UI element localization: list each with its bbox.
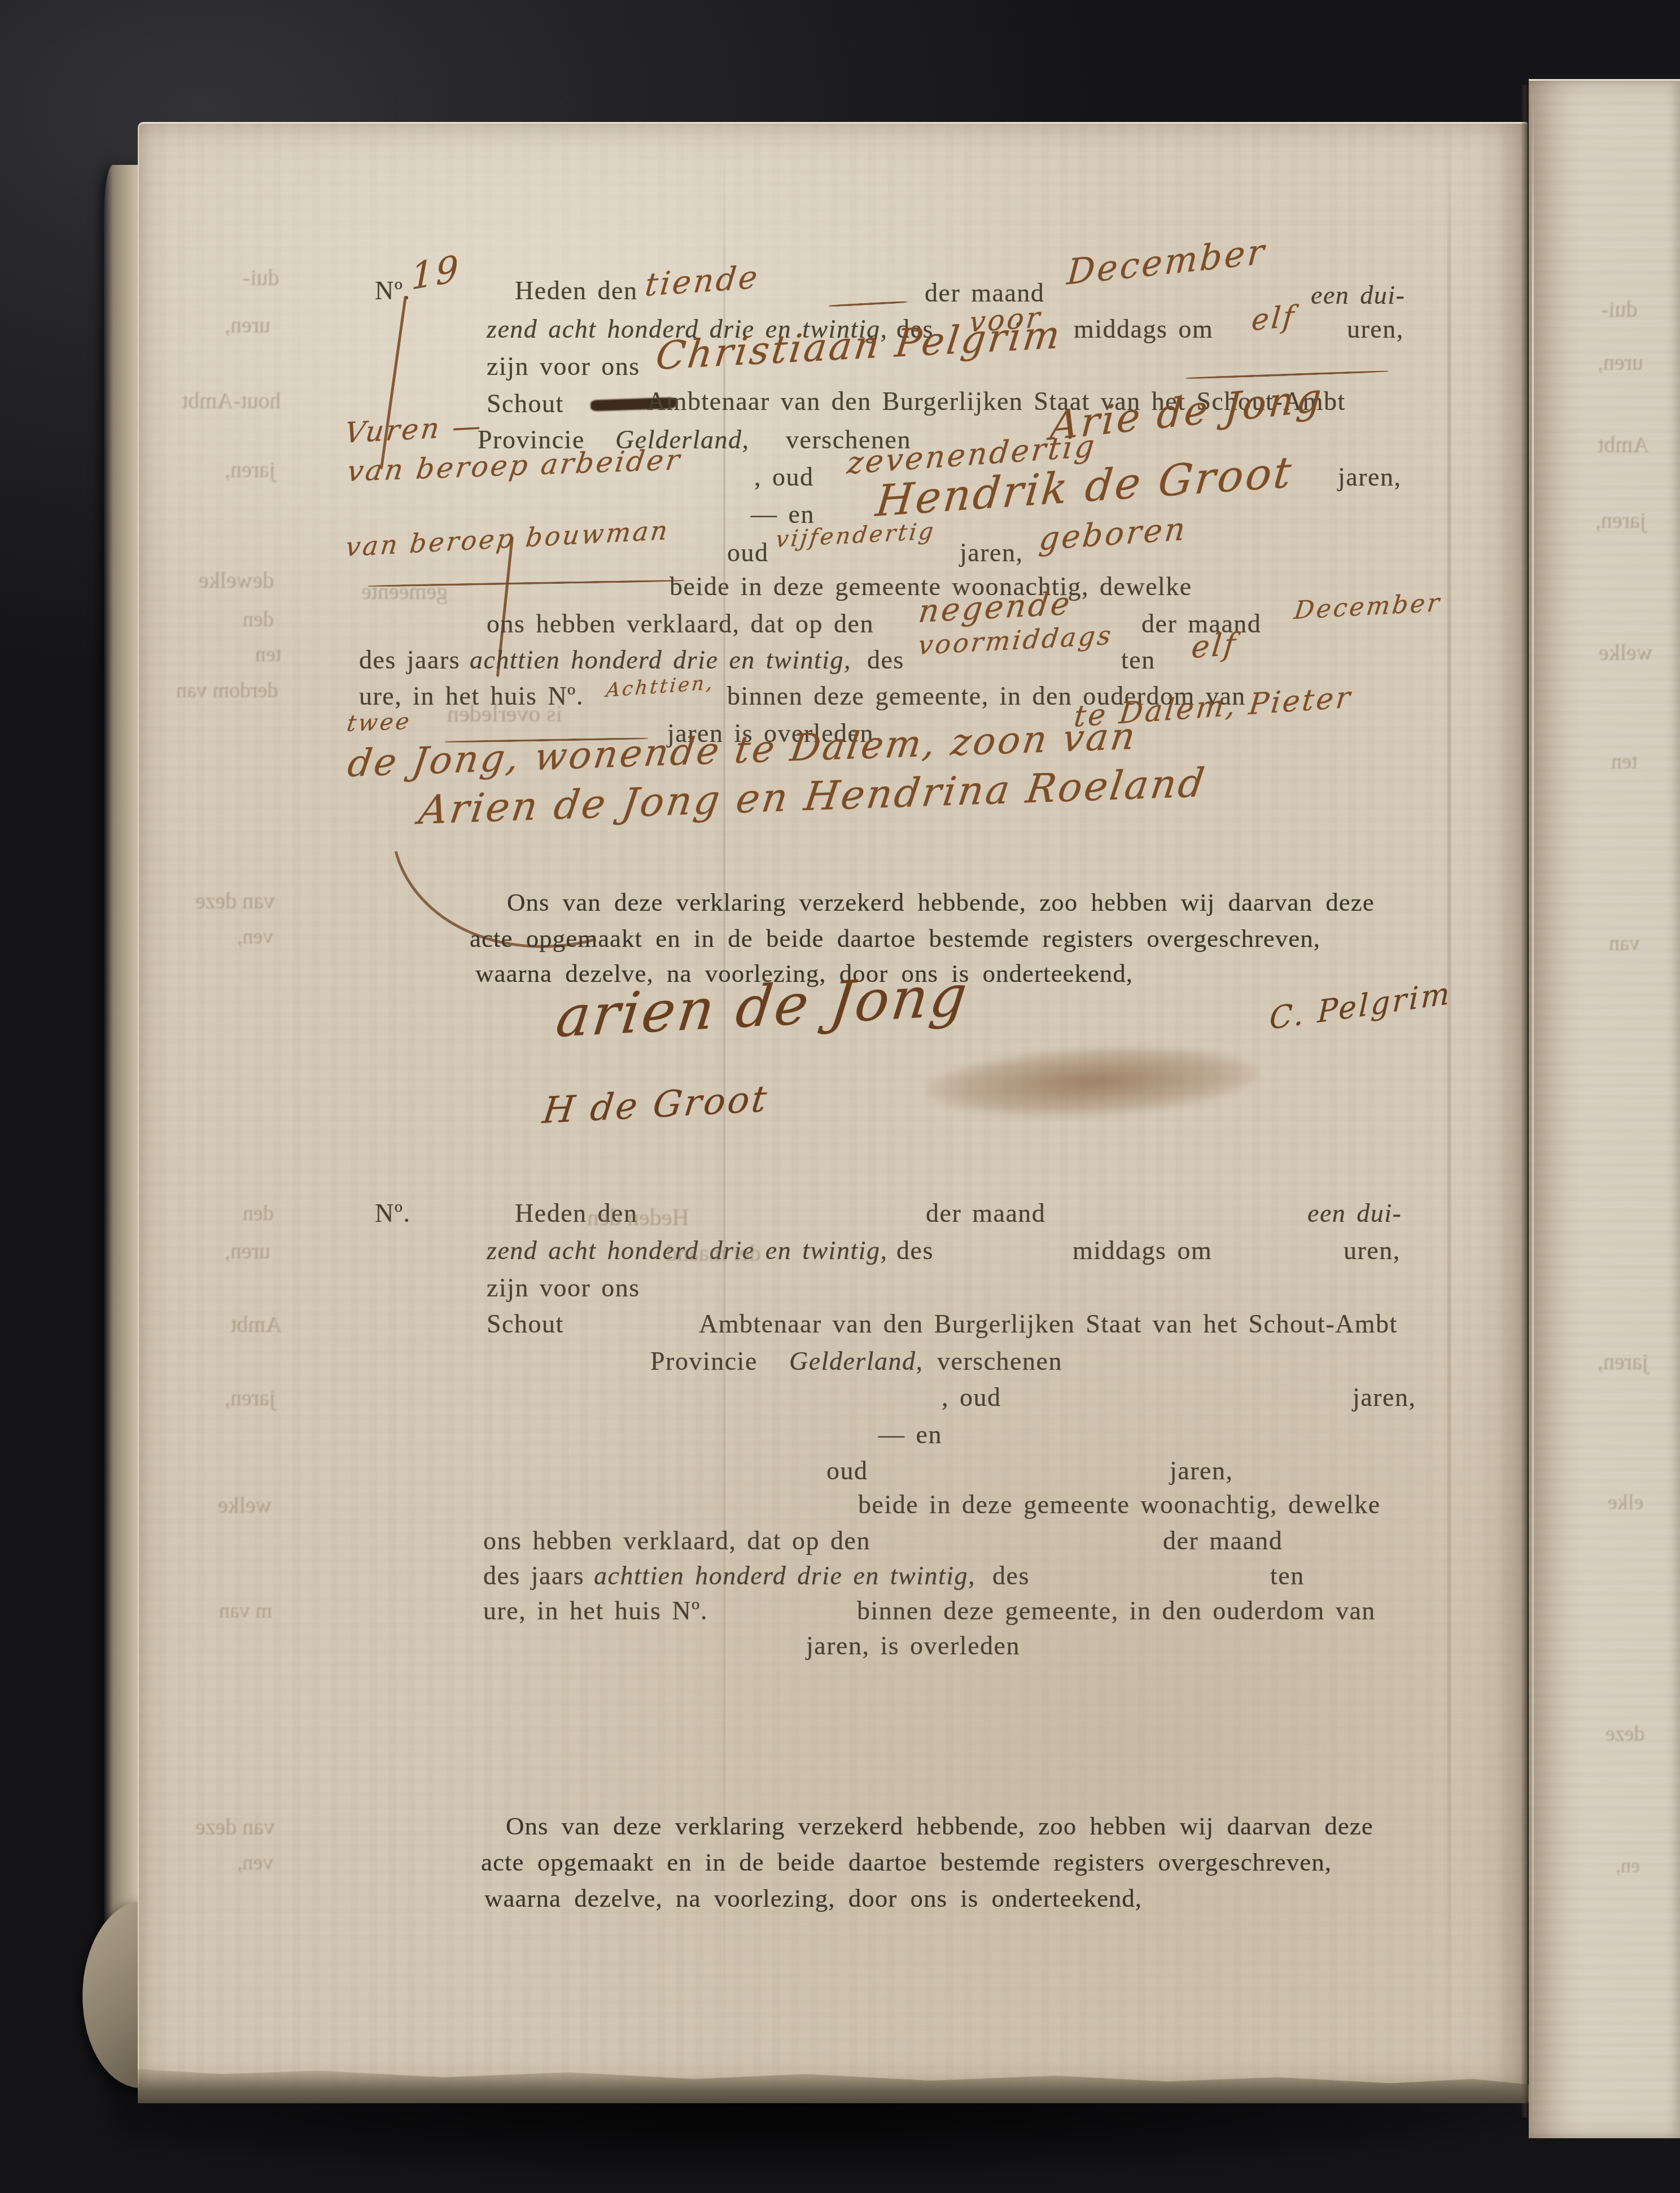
signature-c-pelgrim: C. Pelgrim [1269, 978, 1452, 1034]
printed-text: Schout [487, 1311, 564, 1337]
bleedthrough-text: der maand [666, 1242, 761, 1265]
printed-text: Schout [487, 391, 564, 417]
printed-text: jaren, [1338, 464, 1401, 490]
printed-text: beide in deze gemeente woonachtig, dewel… [858, 1492, 1381, 1518]
printed-text: des [992, 1563, 1030, 1589]
bleedthrough-text: den [243, 1203, 274, 1224]
bleedthrough-text: van [1609, 933, 1640, 954]
handwritten-entry: twee [345, 710, 413, 735]
handwritten-dash [829, 301, 908, 307]
printed-paragraph-line: Ons van deze verklaring verzekerd hebben… [506, 1814, 1373, 1839]
bleedthrough-text: jaren, [225, 1387, 275, 1409]
printed-text-italic: achttien honderd drie en twintig, [470, 647, 851, 673]
printed-paragraph-line: waarna dezelve, na voorlezing, door ons … [484, 1886, 1142, 1911]
printed-text-italic: een dui- [1307, 1200, 1402, 1226]
printed-text: ten [1121, 647, 1156, 673]
printed-text: ons hebben verklaard, dat op den [487, 611, 874, 637]
handwritten-entry: December [1293, 591, 1443, 623]
printed-text: — en [878, 1422, 942, 1448]
ink-smudge [924, 1039, 1260, 1125]
handwritten-entry: geboren [1038, 513, 1189, 556]
printed-text: , oud [942, 1384, 1001, 1410]
bleedthrough-text: hout-Ambt [182, 390, 281, 412]
printed-text: jaren, is overleden [806, 1633, 1020, 1659]
printed-paragraph-line: acte opgemaakt en in de beide daartoe be… [481, 1850, 1332, 1875]
printed-text: verschenen [937, 1348, 1062, 1374]
bleedthrough-text: en, [1616, 1855, 1640, 1876]
bleedthrough-text: dewelke [199, 569, 274, 592]
printed-text: jaren, [1353, 1384, 1416, 1410]
printed-text: des jaars [359, 647, 460, 673]
bleedthrough-text: uren, [1598, 351, 1643, 374]
bleedthrough-text: welke [1599, 641, 1653, 664]
printed-text: jaren, [1170, 1458, 1233, 1484]
printed-text: uren, [1344, 1238, 1401, 1264]
bleedthrough-text: is overleden [447, 702, 562, 726]
printed-text: middags om [1073, 1238, 1212, 1264]
bleedthrough-text: ten [255, 644, 281, 665]
printed-text: ten [1270, 1563, 1305, 1589]
printed-text-italic: een dui- [1311, 282, 1405, 308]
document-scan: Nº.19Heden dentiendeder maandDecembereen… [0, 0, 1680, 2193]
handwritten-entry: December [1066, 234, 1267, 290]
bleedthrough-text: Ambt [230, 1313, 282, 1336]
printed-text: , oud [754, 464, 814, 490]
printed-text: des [896, 1238, 934, 1264]
bleedthrough-text: uren, [225, 314, 270, 337]
handwritten-entry: negende [917, 588, 1074, 628]
printed-text: der maand [926, 1200, 1045, 1226]
bleedthrough-text: dui- [243, 267, 279, 289]
printed-text: ons hebben verklaard, dat op den [483, 1528, 870, 1554]
handwritten-entry: van beroep bouwman [344, 517, 671, 560]
printed-text: zijn voor ons [487, 1275, 640, 1301]
printed-text-italic: Gelderland, [789, 1348, 924, 1374]
bleedthrough-text: ven, [237, 926, 273, 947]
bleedthrough-text: jaren, [1598, 1351, 1648, 1373]
handwritten-entry: elf [1190, 629, 1239, 663]
printed-text: — en [751, 501, 815, 527]
record-number-label: Nº. [375, 1200, 410, 1226]
handwritten-entry: tiende [644, 261, 761, 302]
bleedthrough-text: Ambt [1598, 434, 1649, 456]
printed-paragraph-line: Ons van deze verklaring verzekerd hebben… [507, 890, 1375, 915]
record-number-entry: 19 [411, 250, 461, 296]
handwritten-entry: Vuren — [343, 412, 485, 447]
handwritten-entry: elf [1250, 302, 1297, 335]
text-layer: Nº.19Heden dentiendeder maandDecembereen… [0, 0, 1680, 2193]
bleedthrough-text: derdom van [176, 680, 278, 701]
bleedthrough-text: welke [218, 1494, 272, 1517]
printed-text: Heden den [515, 278, 637, 304]
bleedthrough-text: Heden den [587, 1206, 689, 1230]
bleedthrough-text: m van [219, 1600, 272, 1622]
printed-text: des [867, 647, 904, 673]
bleedthrough-text: jaren, [1595, 509, 1646, 532]
printed-text: middags om [1074, 316, 1213, 342]
bleedthrough-text: dui- [1601, 298, 1637, 321]
printed-text: zijn voor ons [487, 353, 640, 379]
bleedthrough-text: elke [1608, 1492, 1643, 1513]
printed-text: oud [727, 540, 769, 566]
printed-text: uren, [1347, 316, 1404, 342]
printed-text: Provincie [650, 1348, 758, 1374]
bleedthrough-text: ven, [237, 1852, 273, 1873]
signature-h-de-groot: H de Groot [541, 1081, 771, 1129]
printed-text: oud [826, 1458, 868, 1484]
printed-text: des jaars [483, 1563, 584, 1589]
bleedthrough-text: den [243, 609, 274, 630]
handwritten-entry: Achttien, [605, 673, 716, 700]
printed-text-italic: achttien honderd drie en twintig, [594, 1563, 975, 1589]
bleedthrough-text: ten [1611, 751, 1637, 772]
bleedthrough-text: uren, [225, 1240, 270, 1262]
printed-paragraph-line: acte opgemaakt en in de beide daartoe be… [470, 926, 1320, 951]
handwritten-entry: van beroep arbeider [345, 445, 684, 486]
printed-text: der maand [1163, 1528, 1283, 1554]
bleedthrough-text: jaren, [225, 458, 275, 481]
printed-text: binnen deze gemeente, in den ouderdom va… [857, 1598, 1376, 1624]
bleedthrough-text: van deze [195, 1816, 275, 1838]
bleedthrough-text: van deze [195, 890, 275, 912]
bleedthrough-text: gemeente [361, 580, 448, 603]
bleedthrough-text: deze [1605, 1723, 1645, 1745]
printed-text: Ambtenaar van den Burgerlijken Staat van… [699, 1311, 1398, 1337]
printed-text: jaren, [960, 540, 1023, 566]
printed-text: ure, in het huis Nº. [483, 1598, 708, 1624]
